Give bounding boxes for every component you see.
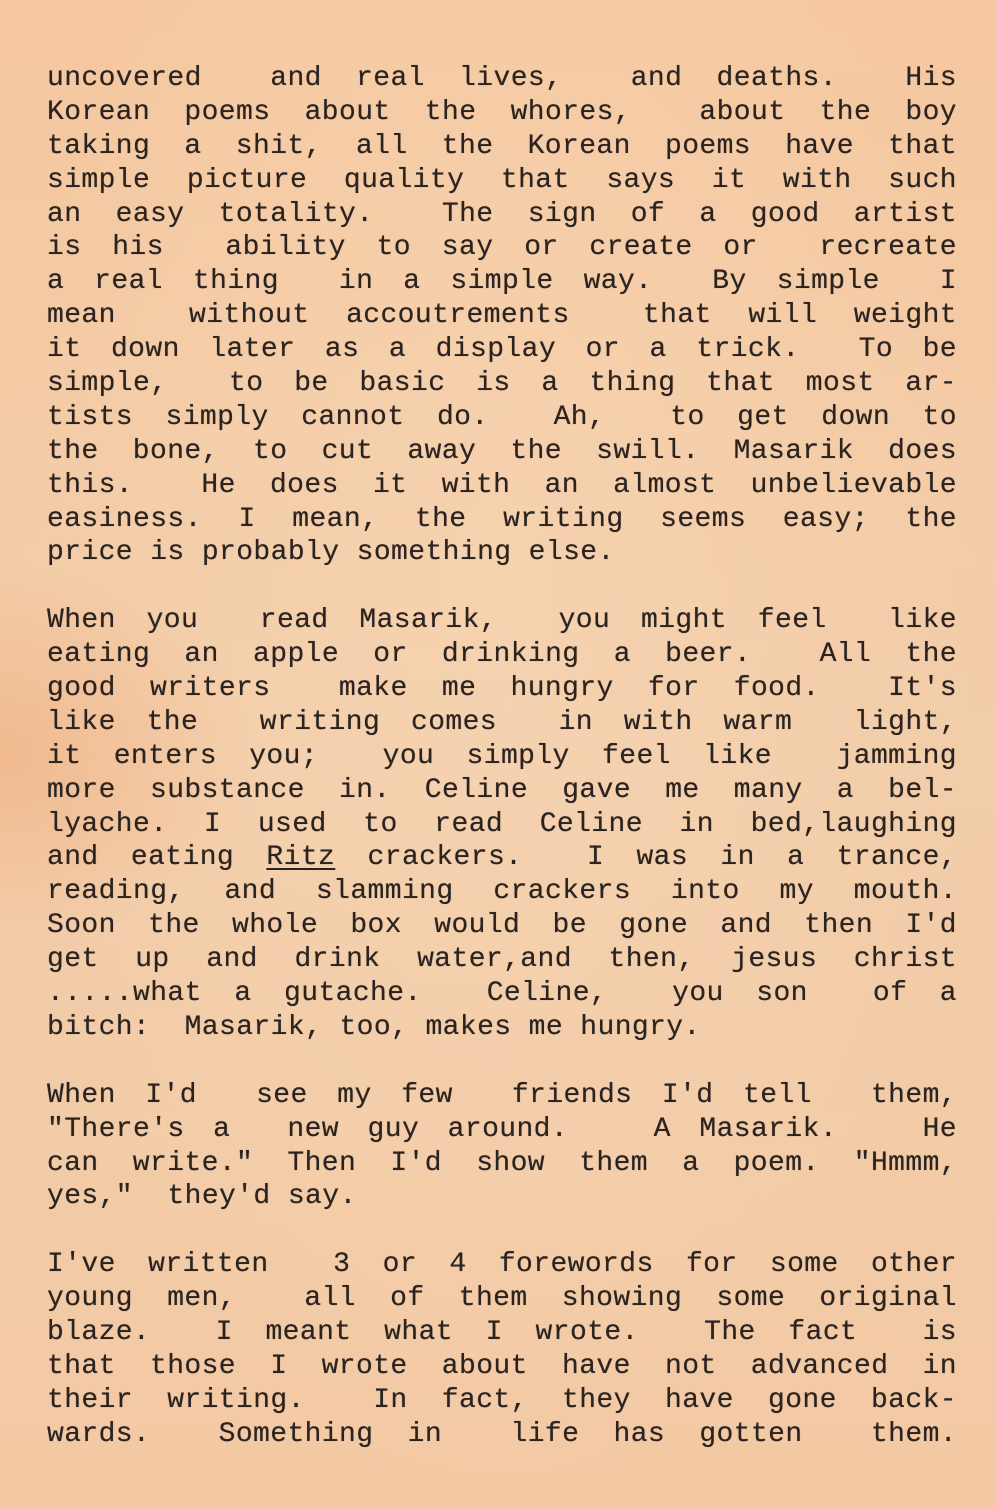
text-line: bitch: Masarik, too, makes me hungry. bbox=[47, 1011, 957, 1045]
text-line: an easy totality. The sign of a good art… bbox=[47, 198, 957, 232]
text-line: simple, to be basic is a thing that most… bbox=[47, 367, 957, 401]
text-line: young men, all of them showing some orig… bbox=[47, 1282, 957, 1316]
text-line: taking a shit, all the Korean poems have… bbox=[47, 130, 957, 164]
text-line: easiness. I mean, the writing seems easy… bbox=[47, 503, 957, 537]
text-line: eating an apple or drinking a beer. All … bbox=[47, 638, 957, 672]
text-line: reading, and slamming crackers into my m… bbox=[47, 875, 957, 909]
text-line: When you read Masarik, you might feel li… bbox=[47, 604, 957, 638]
text-line: it enters you; you simply feel like jamm… bbox=[47, 740, 957, 774]
text-line: yes," they'd say. bbox=[47, 1180, 957, 1214]
text-line: simple picture quality that says it with… bbox=[47, 164, 957, 198]
typewritten-page: uncovered and real lives, and deaths. Hi… bbox=[47, 62, 957, 1452]
text-line: that those I wrote about have not advanc… bbox=[47, 1350, 957, 1384]
text-line: this. He does it with an almost unbeliev… bbox=[47, 469, 957, 503]
paragraph-gap bbox=[47, 1045, 957, 1079]
text-line: more substance in. Celine gave me many a… bbox=[47, 774, 957, 808]
paragraph-gap bbox=[47, 1214, 957, 1248]
text-line: Korean poems about the whores, about the… bbox=[47, 96, 957, 130]
text-line: When I'd see my few friends I'd tell the… bbox=[47, 1079, 957, 1113]
text-line: "There's a new guy around. A Masarik. He bbox=[47, 1113, 957, 1147]
text-line: it down later as a display or a trick. T… bbox=[47, 333, 957, 367]
paragraph-1: uncovered and real lives, and deaths. Hi… bbox=[47, 62, 957, 570]
text-line: can write." Then I'd show them a poem. "… bbox=[47, 1147, 957, 1181]
paragraph-3: When I'd see my few friends I'd tell the… bbox=[47, 1079, 957, 1215]
text-line: uncovered and real lives, and deaths. Hi… bbox=[47, 62, 957, 96]
text-line: mean without accoutrements that will wei… bbox=[47, 299, 957, 333]
underlined-word: Ritz bbox=[266, 842, 335, 873]
text-line: Soon the whole box would be gone and the… bbox=[47, 909, 957, 943]
text-line: get up and drink water,and then, jesus c… bbox=[47, 943, 957, 977]
text-line: their writing. In fact, they have gone b… bbox=[47, 1384, 957, 1418]
text-line: is his ability to say or create or recre… bbox=[47, 231, 957, 265]
text-line: I've written 3 or 4 forewords for some o… bbox=[47, 1248, 957, 1282]
text-line: blaze. I meant what I wrote. The fact is bbox=[47, 1316, 957, 1350]
text-line: the bone, to cut away the swill. Masarik… bbox=[47, 435, 957, 469]
paragraph-2: When you read Masarik, you might feel li… bbox=[47, 604, 957, 1045]
text-line: wards. Something in life has gotten them… bbox=[47, 1418, 957, 1452]
text-line-with-underline: and eating Ritz crackers. I was in a tra… bbox=[47, 841, 957, 875]
paragraph-gap bbox=[47, 570, 957, 604]
text-line: .....what a gutache. Celine, you son of … bbox=[47, 977, 957, 1011]
text-line: tists simply cannot do. Ah, to get down … bbox=[47, 401, 957, 435]
text-line: like the writing comes in with warm ligh… bbox=[47, 706, 957, 740]
text-line: a real thing in a simple way. By simple … bbox=[47, 265, 957, 299]
paragraph-4: I've written 3 or 4 forewords for some o… bbox=[47, 1248, 957, 1451]
text-line: price is probably something else. bbox=[47, 536, 957, 570]
text-line: lyache. I used to read Celine in bed,lau… bbox=[47, 808, 957, 842]
text-line: good writers make me hungry for food. It… bbox=[47, 672, 957, 706]
